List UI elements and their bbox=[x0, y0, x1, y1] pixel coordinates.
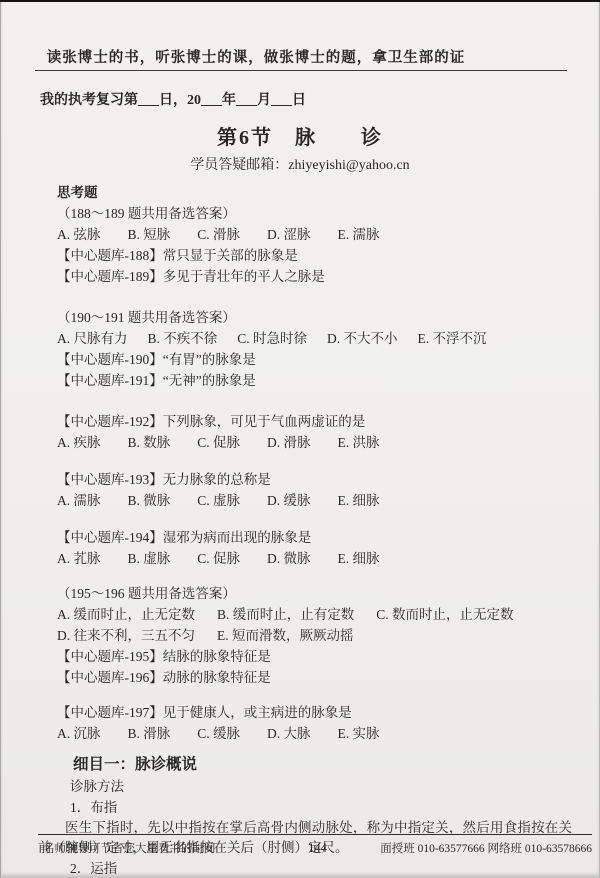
question-188: 【中心题库-188】常只显于关部的脉象是 bbox=[57, 245, 572, 266]
option-d: D. 大脉 bbox=[267, 726, 311, 741]
option-c: C. 数而时止，止无定数 bbox=[376, 607, 513, 622]
options-row-193: A. 濡脉B. 微脉C. 虚脉D. 缓脉E. 细脉 bbox=[57, 490, 572, 511]
page-number: 144 bbox=[288, 841, 348, 856]
option-b: B. 滑脉 bbox=[128, 726, 171, 741]
options-row-194: A. 芤脉B. 虚脉C. 促脉D. 微脉E. 细脉 bbox=[57, 548, 572, 569]
options-row-195-196-b: D. 往来不利，三五不匀E. 短而滑数，厥厥动摇 bbox=[57, 625, 572, 646]
spacer bbox=[57, 688, 572, 702]
question-196: 【中心题库-196】动脉的脉象特征是 bbox=[57, 667, 572, 688]
email-line: 学员答疑邮箱：zhiyeyishi@yahoo.cn bbox=[0, 154, 600, 174]
option-e: E. 洪脉 bbox=[338, 435, 380, 450]
option-b: B. 虚脉 bbox=[128, 551, 171, 566]
spacer bbox=[57, 569, 572, 583]
header-slogan: 读张博士的书，听张博士的课，做张博士的题，拿卫生部的证 bbox=[0, 46, 600, 67]
spacer bbox=[57, 453, 572, 469]
option-d: D. 往来不利，三五不匀 bbox=[57, 628, 195, 643]
option-e: E. 实脉 bbox=[338, 726, 380, 741]
option-e: E. 短而滑数，厥厥动摇 bbox=[217, 628, 354, 643]
option-c: C. 滑脉 bbox=[197, 227, 240, 242]
detail-section: 细目一：脉诊概说 诊脉方法 1．布指 医生下指时，先以中指按在掌后高骨内侧动脉处… bbox=[38, 754, 572, 878]
option-c: C. 促脉 bbox=[197, 551, 240, 566]
option-d: D. 滑脉 bbox=[267, 435, 311, 450]
option-b: B. 数脉 bbox=[128, 435, 171, 450]
option-c: C. 促脉 bbox=[197, 435, 240, 450]
option-b: B. 不疾不徐 bbox=[148, 331, 218, 346]
shared-stem-188-189: （188～189 题共用备选答案） bbox=[57, 203, 572, 224]
question-190: 【中心题库-190】“有胃”的脉象是 bbox=[57, 349, 572, 370]
review-progress-line: 我的执考复习第___日，20___年___月___日 bbox=[40, 89, 600, 109]
option-a: A. 尺脉有力 bbox=[57, 331, 128, 346]
scanned-page: 读张博士的书，听张博士的课，做张博士的题，拿卫生部的证 我的执考复习第___日，… bbox=[0, 0, 600, 878]
page-title: 第6节 脉 诊 bbox=[0, 121, 600, 150]
option-a: A. 疾脉 bbox=[57, 435, 101, 450]
option-b: B. 微脉 bbox=[128, 493, 171, 508]
option-e: E. 不浮不沉 bbox=[418, 331, 487, 346]
options-row-195-196-a: A. 缓而时止，止无定数B. 缓而时止，止有定数C. 数而时止，止无定数 bbox=[57, 604, 572, 625]
header-rule bbox=[35, 70, 567, 71]
option-c: C. 时急时徐 bbox=[237, 331, 307, 346]
option-b: B. 缓而时止，止有定数 bbox=[217, 607, 354, 622]
option-e: E. 细脉 bbox=[338, 493, 380, 508]
footer-left-slogan: 名师辅导可节省您大量看书的时间 bbox=[43, 840, 288, 856]
question-193: 【中心题库-193】无力脉象的总称是 bbox=[57, 469, 572, 490]
pulse-method-subheading: 诊脉方法 bbox=[70, 776, 572, 797]
options-row-192: A. 疾脉B. 数脉C. 促脉D. 滑脉E. 洪脉 bbox=[57, 432, 572, 453]
option-d: D. 微脉 bbox=[267, 551, 311, 566]
footer-rule bbox=[38, 834, 592, 835]
option-a: A. 弦脉 bbox=[57, 227, 101, 242]
option-d: D. 缓脉 bbox=[267, 493, 311, 508]
spacer bbox=[57, 511, 572, 527]
detail-one-heading: 细目一：脉诊概说 bbox=[73, 754, 572, 776]
option-a: A. 沉脉 bbox=[57, 726, 101, 741]
shared-stem-190-191: （190～191 题共用备选答案） bbox=[57, 307, 572, 328]
option-a: A. 缓而时止，止无定数 bbox=[57, 607, 195, 622]
question-194: 【中心题库-194】湿邪为病而出现的脉象是 bbox=[57, 527, 572, 548]
spacer bbox=[57, 287, 572, 307]
option-a: A. 芤脉 bbox=[57, 551, 101, 566]
page-footer: 名师辅导可节省您大量看书的时间 144 面授班 010-63577666 网络班… bbox=[43, 840, 592, 856]
footer-contact-phones: 面授班 010-63577666 网络班 010-63578666 bbox=[348, 840, 593, 856]
question-197: 【中心题库-197】见于健康人，或主病进的脉象是 bbox=[57, 702, 572, 723]
options-row-188-189: A. 弦脉B. 短脉C. 滑脉D. 涩脉E. 濡脉 bbox=[57, 224, 572, 245]
question-195: 【中心题库-195】结脉的脉象特征是 bbox=[57, 646, 572, 667]
thinking-questions-heading: 思考题 bbox=[57, 182, 572, 203]
options-row-190-191: A. 尺脉有力B. 不疾不徐C. 时急时徐D. 不大不小E. 不浮不沉 bbox=[57, 328, 572, 349]
list-item-2-finger-movement: 2．运指 bbox=[70, 858, 572, 878]
list-item-1-finger-placement: 1．布指 bbox=[70, 797, 572, 818]
option-c: C. 虚脉 bbox=[197, 493, 240, 508]
question-191: 【中心题库-191】“无神”的脉象是 bbox=[57, 370, 572, 391]
shared-stem-195-196: （195～196 题共用备选答案） bbox=[57, 583, 572, 604]
option-e: E. 细脉 bbox=[338, 551, 380, 566]
option-d: D. 不大不小 bbox=[327, 331, 398, 346]
question-189: 【中心题库-189】多见于青壮年的平人之脉是 bbox=[57, 266, 572, 287]
option-c: C. 缓脉 bbox=[197, 726, 240, 741]
spacer bbox=[57, 391, 572, 411]
options-row-197: A. 沉脉B. 滑脉C. 缓脉D. 大脉E. 实脉 bbox=[57, 723, 572, 744]
option-e: E. 濡脉 bbox=[338, 227, 380, 242]
option-d: D. 涩脉 bbox=[267, 227, 311, 242]
option-b: B. 短脉 bbox=[128, 227, 171, 242]
option-a: A. 濡脉 bbox=[57, 493, 101, 508]
question-block: 思考题 （188～189 题共用备选答案） A. 弦脉B. 短脉C. 滑脉D. … bbox=[57, 182, 572, 744]
question-192: 【中心题库-192】下列脉象，可见于气血两虚证的是 bbox=[57, 411, 572, 432]
